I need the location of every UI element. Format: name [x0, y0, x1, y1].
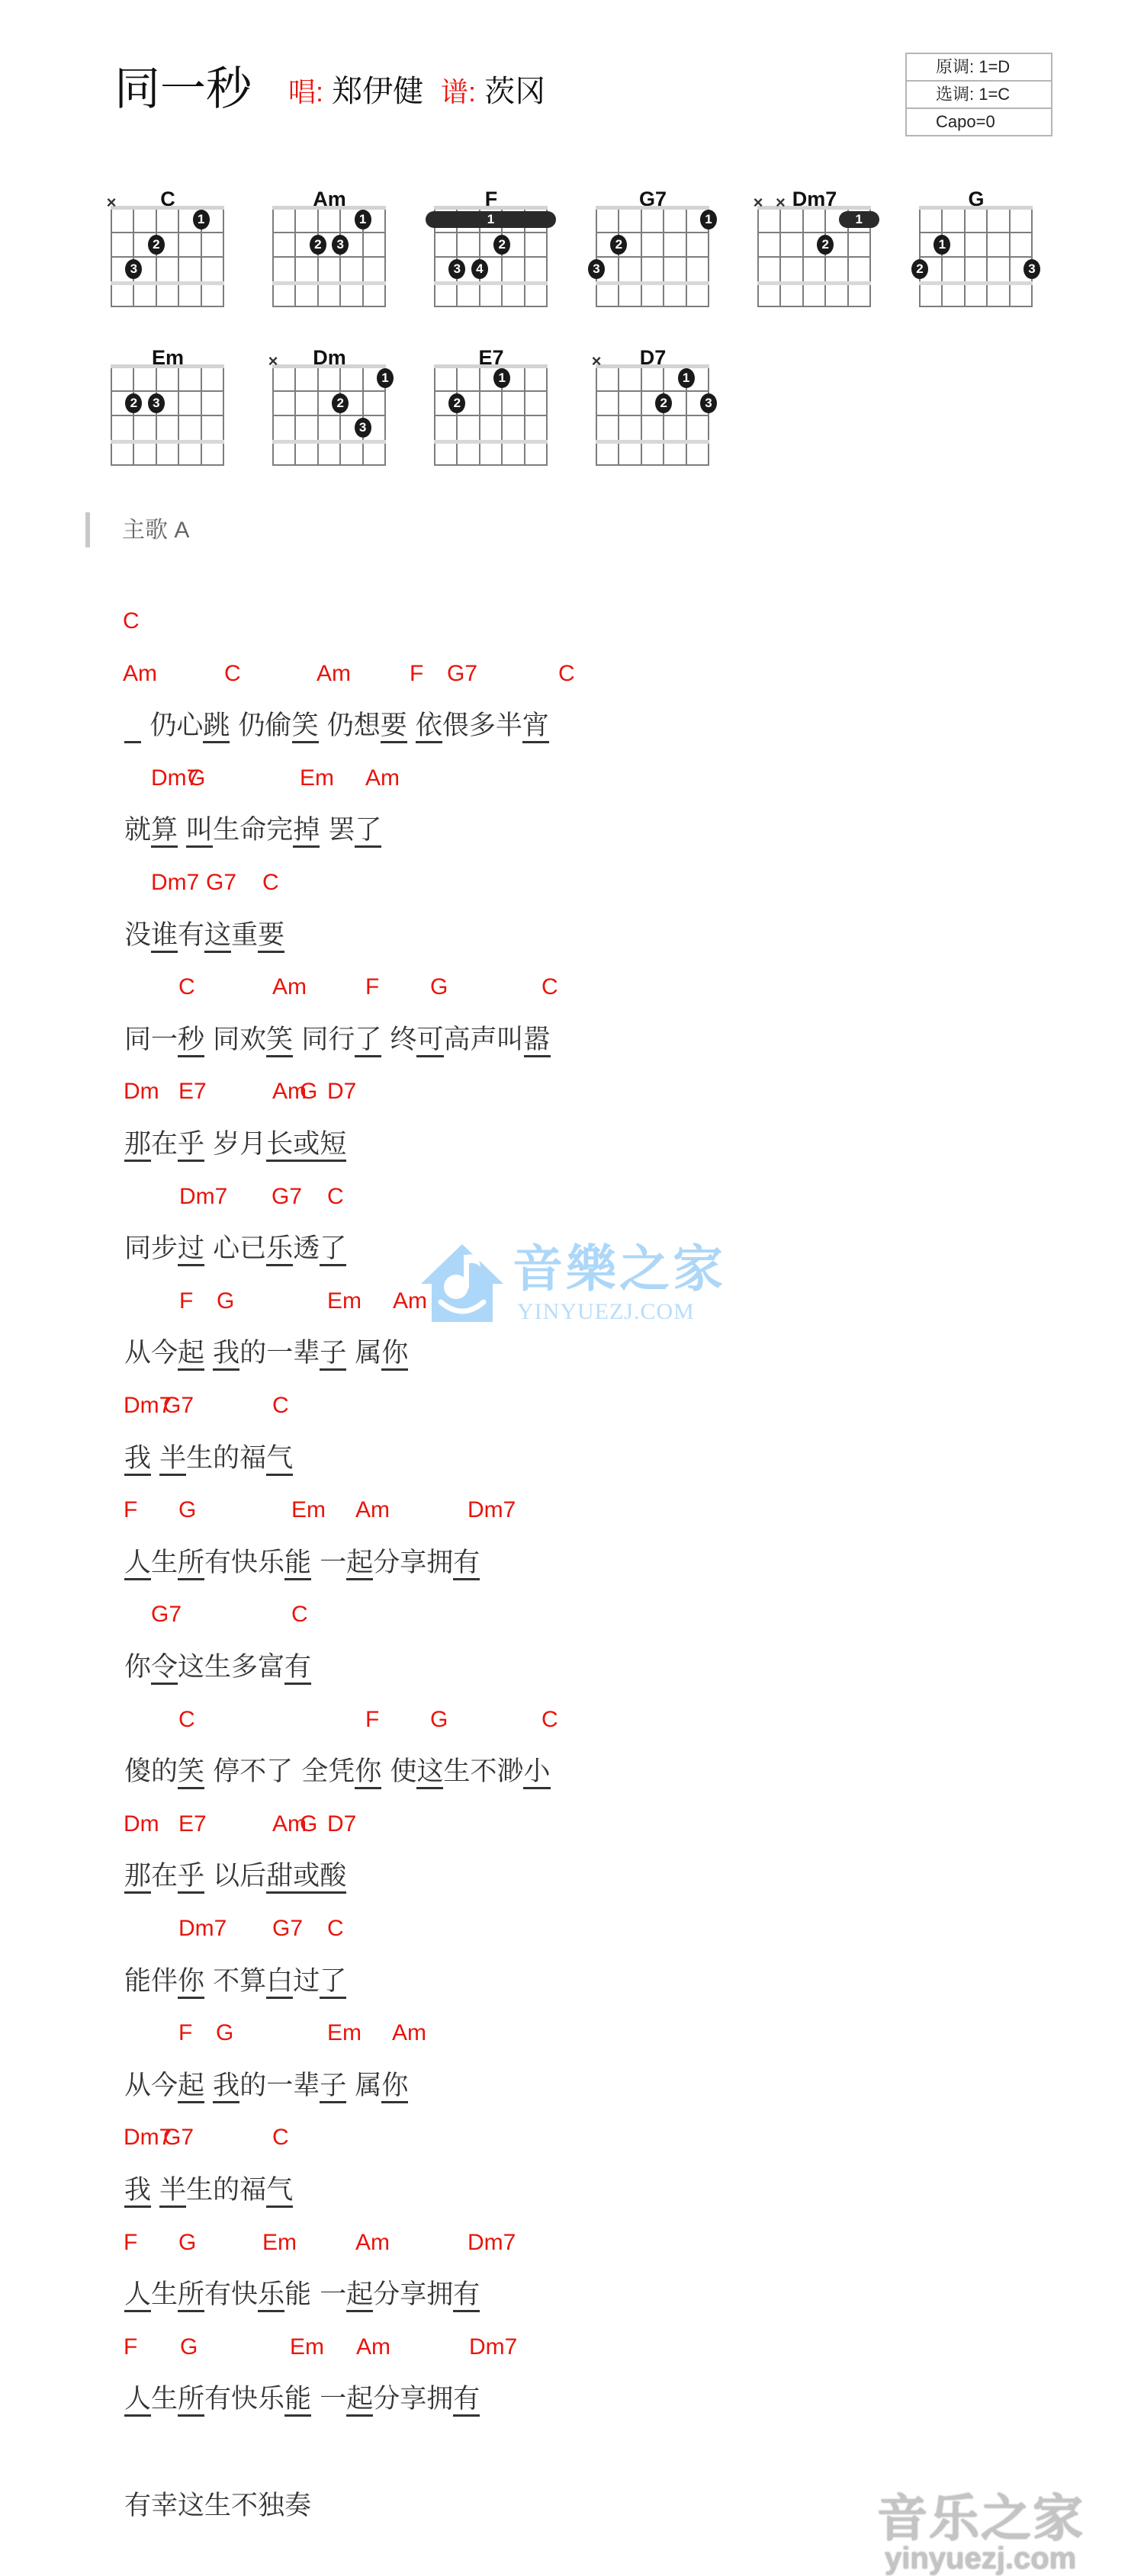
music-house-logo-icon — [418, 1241, 506, 1325]
fret-line — [596, 415, 709, 416]
chord-label[interactable]: Dm7 — [468, 1495, 516, 1525]
chord-diagram-g7[interactable]: G7123 — [596, 207, 749, 360]
chord-diagram-dm[interactable]: Dm×123 — [273, 366, 426, 518]
mute-x-icon: × — [773, 195, 788, 210]
finger-dot-icon: 1 — [678, 368, 695, 388]
finger-dot-icon: 3 — [588, 259, 605, 279]
fret-line — [919, 256, 1033, 258]
chord-label[interactable]: Dm7 — [178, 1914, 227, 1944]
lyric-text: 分享拥 — [373, 2384, 453, 2414]
finger-dot-icon: 1 — [700, 210, 717, 229]
lyric-text: 一 — [311, 1548, 346, 1578]
section-label: 主歌 A — [122, 515, 189, 546]
lyric-text: 就 — [124, 815, 151, 845]
lyric-beat-underlined: 我 — [213, 2071, 239, 2103]
finger-dot-icon: 4 — [471, 259, 488, 279]
watermark-center: 音樂之家 YINYUEZJ.COM — [418, 1241, 723, 1326]
lyric-beat-underlined: 笑 — [178, 1756, 204, 1789]
chord-line: DmE7AmGD7 — [0, 1076, 1144, 1107]
lyric-beat-underlined: 所 — [178, 2279, 204, 2312]
chord-line: G7C — [0, 1599, 1144, 1630]
chord-label[interactable]: G7 — [272, 1182, 302, 1212]
lyric-beat-underlined: 我 — [124, 2175, 151, 2208]
lyric-text: 重 — [231, 920, 258, 951]
lyric-beat-underlined: 了 — [320, 1233, 346, 1266]
lyric-beat-underlined: 跳 — [203, 711, 230, 743]
fret-line — [919, 306, 1033, 307]
fret-line — [757, 306, 871, 307]
lyric-text: 分享拥 — [373, 1548, 453, 1578]
chord-label[interactable]: G7 — [163, 1391, 194, 1421]
fret-line — [272, 232, 386, 233]
fret-line — [596, 364, 709, 368]
fret-line — [272, 206, 386, 210]
lyric-beat-underlined: 算 — [151, 815, 178, 848]
chord-diagram-c[interactable]: C×123 — [111, 207, 264, 360]
lyric-beat-underlined: 有 — [284, 1652, 311, 1685]
fretboard-grid: ××12 — [758, 207, 870, 306]
arranger-info: 谱: 茨冈 — [441, 70, 545, 114]
chord-label[interactable]: G — [300, 1076, 317, 1107]
fret-line — [919, 206, 1033, 210]
fret-line — [434, 206, 548, 210]
fret-line — [434, 256, 548, 258]
chord-line: FGEmAmDm7 — [0, 2332, 1144, 2363]
chord-line: FGEmAm — [0, 2018, 1144, 2048]
lyric-text: 分享拥 — [373, 2279, 453, 2310]
lyric-beat-underlined: 人 — [124, 2384, 151, 2417]
lyric-beat-underlined: 起 — [346, 1548, 373, 1580]
lyric-beat-underlined: 半 — [159, 2175, 186, 2208]
lyric-beat-underlined: 了 — [355, 815, 381, 848]
lyric-line: 那在乎 以后甜或酸 — [124, 1859, 346, 1894]
fret-line — [596, 440, 709, 444]
chord-label[interactable]: C — [272, 2122, 289, 2153]
lyric-text — [204, 1338, 213, 1368]
chord-label[interactable]: G7 — [151, 1599, 182, 1630]
fret-line — [757, 281, 871, 285]
finger-dot-icon: 3 — [148, 393, 165, 413]
chord-label[interactable]: Em — [290, 2332, 324, 2363]
watermark-cn-text: 音樂之家 — [513, 1241, 726, 1296]
fret-line — [596, 306, 709, 307]
fret-line — [111, 206, 224, 210]
chord-diagram-em[interactable]: Em23 — [111, 366, 264, 518]
lyric-beat-underlined: 起 — [178, 1338, 204, 1371]
chord-label[interactable]: C — [224, 659, 241, 689]
lyric-text: 同欢 — [204, 1025, 266, 1055]
lyric-text: 仍想 — [319, 711, 381, 741]
chord-label[interactable]: C — [541, 972, 558, 1002]
finger-dot-icon: 3 — [448, 259, 465, 279]
finger-dot-icon: 3 — [355, 418, 371, 438]
lyric-text: 罢 — [320, 815, 355, 845]
lyric-beat-underlined: 乎 — [178, 1861, 204, 1894]
lyric-beat-underlined: 我 — [124, 1443, 151, 1476]
chord-label[interactable]: G — [217, 1286, 234, 1317]
fret-line — [596, 390, 709, 392]
finger-dot-icon: 2 — [310, 235, 326, 255]
lyric-beat-underlined: 依 — [416, 711, 442, 743]
fret-line — [434, 440, 548, 444]
lyric-text: 过 — [293, 1966, 320, 1997]
lyric-beat-underlined: 甜或酸 — [266, 1861, 346, 1894]
finger-dot-icon: 2 — [148, 235, 165, 255]
chord-label[interactable]: Dm7 — [468, 2228, 516, 2258]
chord-diagram-g[interactable]: G123 — [920, 207, 1072, 360]
fret-line — [272, 281, 386, 285]
fret-line — [919, 281, 1033, 285]
chord-diagram-d7[interactable]: D7×123 — [596, 366, 749, 518]
lyric-line: 有幸这生不独奏 — [124, 2488, 311, 2523]
lyric-beat-underlined: 笑 — [292, 711, 319, 743]
lyric-beat-underlined: 有 — [453, 2384, 480, 2417]
lyric-beat-underlined: 笑 — [266, 1025, 293, 1057]
lyric-beat-underlined: 宵 — [522, 711, 549, 743]
lyric-line: 能伴你 不算白过了 — [124, 1964, 346, 1999]
lyric-line: 仍心跳 仍偷笑 仍想要 依偎多半宵 — [124, 708, 549, 743]
key-info-box: 原调: 1=D 选调: 1=C Capo=0 — [905, 53, 1052, 136]
chord-label[interactable]: Dm7 — [151, 868, 199, 898]
chord-label[interactable]: G7 — [272, 1914, 303, 1944]
chord-label[interactable]: Am — [123, 659, 157, 689]
fret-line — [919, 232, 1033, 233]
lyric-beat-underlined: 人 — [124, 1548, 151, 1580]
lyric-text: 使 — [381, 1756, 416, 1787]
lyric-text: 有快乐 — [204, 1548, 284, 1578]
lyric-beat-underlined: 气 — [266, 2175, 293, 2208]
chord-diagram-e7[interactable]: E712 — [435, 366, 587, 518]
lyric-beat-underlined: 能 — [284, 1548, 311, 1580]
chord-label[interactable]: C — [123, 606, 140, 637]
lyric-text: 停不了 全凭 — [204, 1756, 355, 1787]
fret-line — [272, 415, 386, 416]
chord-label[interactable]: G — [430, 972, 448, 1002]
chord-label[interactable]: G7 — [163, 2122, 194, 2153]
finger-dot-icon: 2 — [655, 393, 672, 413]
lyric-text: 的一辈 — [239, 1338, 320, 1368]
watermark-corner-en: yinyuezj.com — [885, 2542, 1076, 2575]
chord-label[interactable]: C — [262, 868, 279, 898]
chord-line: Dm7G7C — [0, 1914, 1144, 1944]
chord-label[interactable]: C — [541, 1705, 558, 1735]
lyric-text: 一 — [311, 2384, 346, 2414]
arranger-name[interactable]: 茨冈 — [484, 75, 545, 108]
chord-label[interactable]: C — [272, 1391, 289, 1421]
lyric-text: 没 — [124, 920, 151, 951]
fret-line — [434, 281, 548, 285]
lyric-text: 在 — [151, 1861, 178, 1891]
chord-line: Dm7G7C — [0, 868, 1144, 898]
fret-line — [111, 281, 224, 285]
lyric-beat-underlined: 能 — [284, 2384, 311, 2417]
chord-label[interactable]: C — [178, 972, 195, 1002]
singer-info: 唱: 郑伊健 — [288, 70, 423, 114]
chord-label[interactable]: Em — [291, 1495, 326, 1525]
lyric-beat-underlined: 你 — [381, 2071, 408, 2103]
chord-label[interactable]: Em — [327, 2018, 362, 2048]
lyric-beat-underlined: 起 — [346, 2384, 373, 2417]
chord-label[interactable]: C — [327, 1182, 344, 1212]
watermark-en-text: YINYUEZJ.COM — [517, 1299, 695, 1325]
lyric-beat-underlined: 所 — [178, 2384, 204, 2417]
fret-line — [757, 232, 871, 233]
lyric-beat-underlined: 嚣 — [524, 1025, 551, 1057]
chord-label[interactable]: Em — [262, 2228, 297, 2258]
chord-label[interactable]: Dm — [124, 1809, 159, 1840]
lyric-text — [151, 2175, 159, 2205]
fret-line — [111, 464, 224, 466]
fret-line — [111, 415, 224, 416]
chord-label[interactable]: Am — [365, 763, 400, 794]
lyric-beat-underlined: 所 — [178, 1548, 204, 1580]
chord-label[interactable]: C — [327, 1914, 344, 1944]
finger-dot-icon: 3 — [125, 259, 142, 279]
lyric-text: 有快乐 — [204, 2384, 284, 2414]
fret-line — [272, 364, 386, 368]
chord-diagram-am[interactable]: Am123 — [273, 207, 426, 360]
chord-label[interactable]: Dm — [124, 1076, 159, 1107]
chord-label[interactable]: Am — [355, 1495, 390, 1525]
mute-x-icon: × — [265, 354, 281, 369]
finger-dot-icon: 3 — [700, 393, 717, 413]
chord-label[interactable]: Am — [356, 2332, 390, 2363]
lyric-text: 同行 — [293, 1025, 355, 1055]
lyric-beat-underlined: 起 — [346, 2279, 373, 2312]
fret-line — [272, 256, 386, 258]
lyric-text: 能 一 — [284, 2279, 346, 2310]
lyric-beat-underlined: 秒 — [178, 1025, 204, 1057]
lyric-text: 不算 — [204, 1966, 266, 1997]
fret-line — [111, 306, 224, 307]
fret-line — [111, 390, 224, 392]
finger-dot-icon: 1 — [377, 368, 394, 388]
lyric-beat-underlined: 你 — [355, 1756, 381, 1789]
chord-label[interactable]: Dm7 — [179, 1182, 227, 1212]
lyric-text: 属 — [346, 2071, 381, 2101]
chord-label[interactable]: G — [178, 1495, 196, 1525]
fret-line — [596, 232, 709, 233]
lyric-text: 有快 — [204, 2279, 258, 2310]
lyric-text: 属 — [346, 1338, 381, 1368]
chord-label[interactable]: Am — [392, 2018, 426, 2048]
chord-label[interactable]: G — [430, 1705, 448, 1735]
chord-label[interactable]: Am — [272, 972, 307, 1002]
fret-line — [434, 464, 548, 466]
lyric-text — [151, 1443, 159, 1474]
lyric-text: 生的福 — [186, 2175, 266, 2205]
chord-label[interactable]: G7 — [447, 659, 477, 689]
fret-line — [111, 232, 224, 233]
chord-label[interactable]: F — [178, 2018, 192, 2048]
lyric-beat-underlined: 要 — [258, 920, 284, 953]
fret-line — [596, 464, 709, 466]
chord-label[interactable]: F — [365, 972, 379, 1002]
lyric-beat-underlined: 乐 — [258, 2279, 284, 2312]
lyric-beat-underlined: 有 — [453, 2279, 480, 2312]
chord-label[interactable]: D7 — [327, 1809, 356, 1840]
finger-dot-icon: 2 — [817, 235, 834, 255]
chord-label[interactable]: F — [179, 1286, 193, 1317]
lyric-text: 终 — [381, 1025, 416, 1055]
chord-label[interactable]: G — [178, 2228, 196, 2258]
chord-line: C — [0, 606, 1144, 637]
lyric-beat-underlined: 这 — [204, 920, 231, 953]
chord-line: AmCAmFG7C — [0, 659, 1144, 689]
fret-line — [757, 256, 871, 258]
finger-dot-icon: 2 — [125, 393, 142, 413]
lyric-beat-underlined: 半 — [159, 1443, 186, 1476]
chord-label[interactable]: E7 — [178, 1076, 207, 1107]
lyric-line: 人生所有快乐能 一起分享拥有 — [124, 1545, 480, 1580]
finger-dot-icon: 2 — [332, 393, 349, 413]
chord-diagram-f[interactable]: F1234 — [435, 207, 587, 360]
fretboard-grid: ×123 — [111, 207, 223, 306]
fret-line — [434, 306, 548, 307]
singer-label: 唱: — [288, 76, 323, 107]
lyric-line: 就算 叫生命完掉 罢了 — [124, 813, 381, 848]
lyric-line: 从今起 我的一辈子 属你 — [124, 1336, 408, 1371]
mute-x-icon: × — [589, 354, 604, 369]
chord-label[interactable]: C — [558, 659, 575, 689]
lyric-beat-underlined: 那 — [124, 1861, 151, 1894]
chord-label[interactable]: G7 — [206, 868, 236, 898]
chord-label[interactable]: F — [410, 659, 423, 689]
fretboard-grid: 123 — [273, 207, 385, 306]
lyric-line: 同一秒 同欢笑 同行了 终可高声叫嚣 — [124, 1022, 551, 1057]
lyric-text: 从今 — [124, 1338, 178, 1368]
lyric-beat-underlined: 令 — [151, 1652, 178, 1685]
lyric-text: 你 — [124, 1652, 151, 1683]
section-bar — [85, 512, 90, 547]
chord-label[interactable]: G — [300, 1809, 317, 1840]
fret-line — [596, 206, 709, 210]
lyric-text: 傻的 — [124, 1756, 178, 1787]
lyric-beat-underlined: 了 — [320, 1966, 346, 1999]
chord-line: CAmFGC — [0, 972, 1144, 1002]
singer-name[interactable]: 郑伊健 — [332, 75, 423, 108]
lyric-text: 透 — [293, 1233, 320, 1264]
lyric-text: 有幸这生不独奏 — [124, 2491, 311, 2521]
fretboard-grid: 123 — [596, 207, 709, 306]
chord-label[interactable]: F — [124, 1495, 137, 1525]
capo: Capo=0 — [907, 107, 1051, 135]
lyric-beat-underlined: 有 — [453, 1548, 480, 1580]
finger-dot-icon: 1 — [193, 210, 210, 229]
lyric-text: 同一 — [124, 1025, 178, 1055]
song-title: 同一秒 — [114, 61, 252, 117]
finger-dot-icon: 1 — [493, 368, 510, 388]
chord-label[interactable]: E7 — [178, 1809, 207, 1840]
chord-line: Dm7G7C — [0, 1182, 1144, 1212]
lyric-text: 仍偷 — [230, 711, 291, 741]
chord-line: Dm7G7C — [0, 1391, 1144, 1421]
fretboard-grid: 23 — [111, 366, 223, 465]
fretboard-grid: 1234 — [435, 207, 547, 306]
lyric-line: 从今起 我的一辈子 属你 — [124, 2068, 408, 2103]
chord-label[interactable]: G — [216, 2018, 233, 2048]
lyric-beat-underlined: 可 — [416, 1025, 443, 1057]
chord-label[interactable]: Dm7 — [469, 2332, 517, 2363]
chord-label[interactable]: F — [365, 1705, 379, 1735]
fret-line — [434, 415, 548, 416]
fretboard-grid: 123 — [920, 207, 1032, 306]
lyric-text: 有 — [178, 920, 204, 951]
chord-line: CFGC — [0, 1705, 1144, 1735]
lyric-beat-underlined — [124, 711, 141, 743]
lyric-text: 生命完 — [213, 815, 293, 845]
chord-label[interactable]: D7 — [327, 1076, 356, 1107]
lyric-text: 以后 — [204, 1861, 266, 1891]
lyric-text: 仍心 — [141, 711, 203, 741]
selected-key: 选调: 1=C — [907, 80, 1051, 107]
lyric-text: 生 — [151, 2279, 178, 2310]
lyric-beat-underlined: 子 — [320, 2071, 346, 2103]
lyric-beat-underlined: 那 — [124, 1129, 151, 1162]
chord-label[interactable]: F — [124, 2332, 137, 2363]
lyric-line: 人生所有快乐能 一起分享拥有 — [124, 2382, 480, 2417]
chord-label[interactable]: G — [188, 763, 205, 794]
lyric-line: 我 半生的福气 — [124, 1441, 293, 1476]
finger-dot-icon: 1 — [934, 235, 950, 255]
chord-label[interactable]: C — [178, 1705, 195, 1735]
finger-dot-icon: 2 — [911, 259, 928, 279]
chord-label[interactable]: Am — [317, 659, 351, 689]
chord-label[interactable]: Em — [327, 1286, 362, 1317]
lyric-beat-underlined: 过 — [178, 1233, 204, 1266]
lyric-text — [407, 711, 416, 741]
watermark-corner: 音乐之家 yinyuezj.com — [877, 2491, 1129, 2575]
lyric-text: 这生多富 — [178, 1652, 284, 1683]
barre-icon: 1 — [839, 211, 879, 228]
lyric-text: 心已 — [204, 1233, 266, 1264]
chord-label[interactable]: C — [291, 1599, 308, 1630]
lyric-text: 生 — [151, 1548, 178, 1578]
arranger-label: 谱: — [441, 76, 476, 107]
lyric-beat-underlined: 你 — [178, 1966, 204, 1999]
lyric-line: 人生所有快乐能 一起分享拥有 — [124, 2277, 480, 2312]
lyric-text — [178, 815, 186, 845]
lyric-text: 在 — [151, 1129, 178, 1160]
fret-line — [596, 281, 709, 285]
chord-label[interactable]: Am — [355, 2228, 390, 2258]
lyric-text: 偎多半 — [442, 711, 522, 741]
finger-dot-icon: 2 — [610, 235, 627, 255]
chord-label[interactable]: Em — [300, 763, 334, 794]
finger-dot-icon: 2 — [493, 235, 510, 255]
chord-line: DmE7AmGD7 — [0, 1809, 1144, 1840]
lyric-text — [204, 2071, 213, 2101]
chord-label[interactable]: F — [124, 2228, 137, 2258]
chord-diagram-dm7[interactable]: Dm7××12 — [758, 207, 911, 360]
chord-line: FGEmAmDm7 — [0, 2228, 1144, 2258]
lyric-text: 生不渺 — [443, 1756, 523, 1787]
fret-line — [434, 364, 548, 368]
fret-line — [596, 256, 709, 258]
lyric-beat-underlined: 我 — [213, 1338, 239, 1371]
lyric-beat-underlined: 你 — [381, 1338, 408, 1371]
lyric-beat-underlined: 了 — [355, 1025, 381, 1057]
mute-x-icon: × — [104, 195, 119, 210]
chord-label[interactable]: G — [180, 2332, 198, 2363]
fret-line — [111, 364, 224, 368]
lyric-line: 同步过 心已乐透了 — [124, 1231, 346, 1266]
fret-line — [272, 464, 386, 466]
lyric-beat-underlined: 要 — [381, 711, 407, 743]
watermark-corner-cn: 音乐之家 — [877, 2491, 1085, 2545]
chord-line: FGEmAmDm7 — [0, 1495, 1144, 1525]
lyric-beat-underlined: 气 — [266, 1443, 293, 1476]
